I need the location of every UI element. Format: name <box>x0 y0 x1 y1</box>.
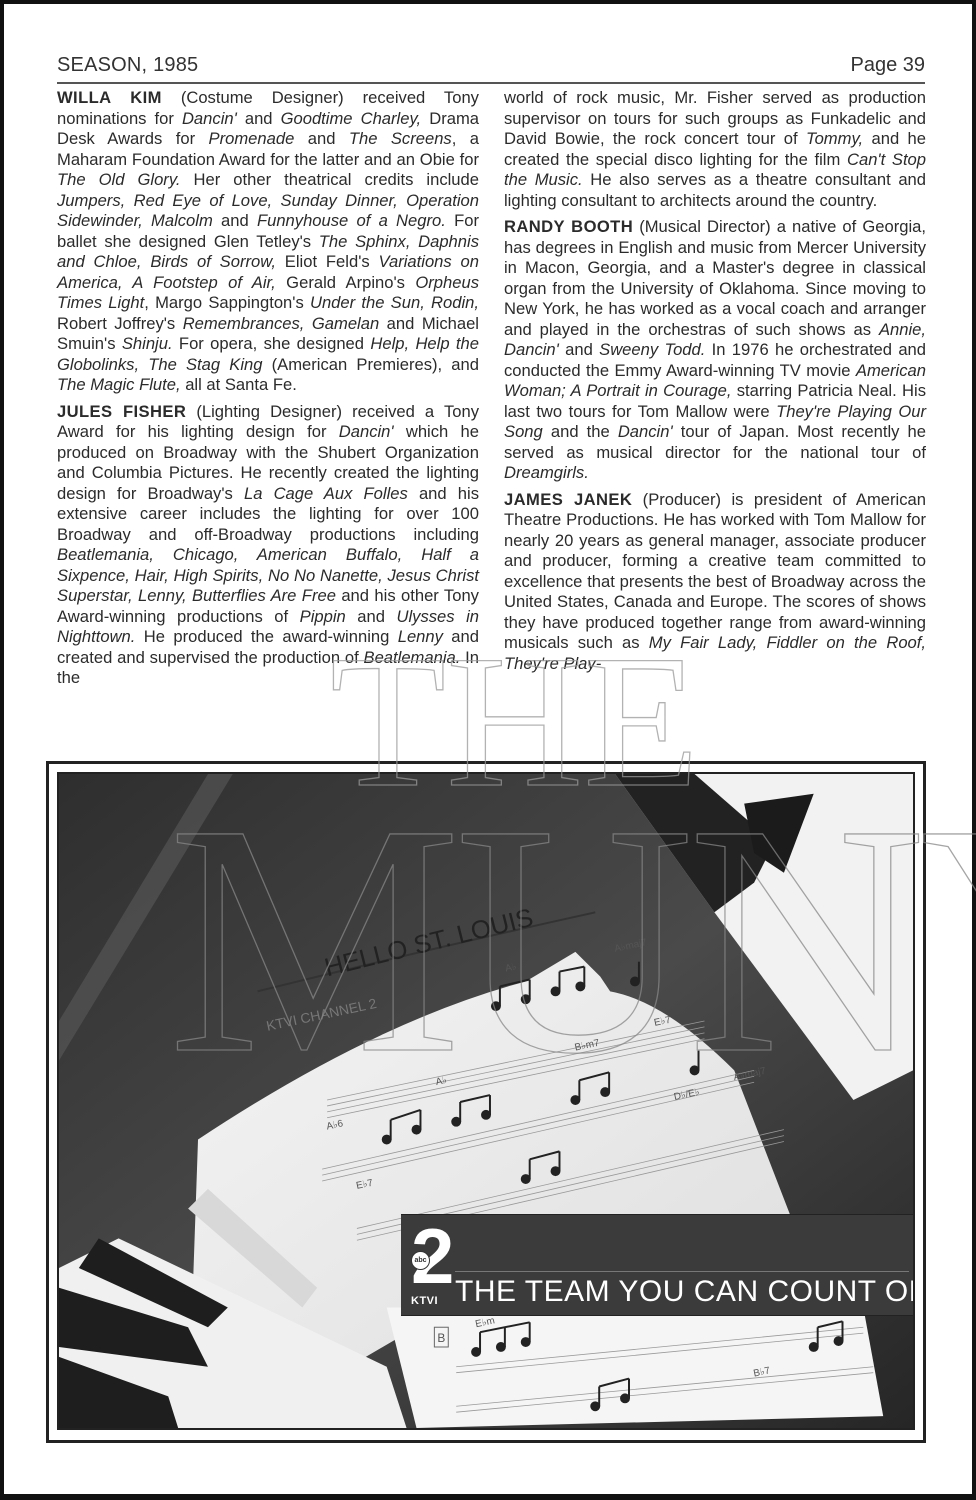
title-italic: Pippin <box>300 607 346 626</box>
bio-text: Her other theatrical credits include <box>181 170 480 189</box>
title-italic: Tommy, <box>806 129 863 148</box>
bio-name: JULES FISHER <box>57 402 186 421</box>
title-italic: Goodtime Charley, <box>281 109 422 128</box>
title-italic: Dancin' <box>182 109 237 128</box>
bio-paragraph: WILLA KIM (Costume Designer) received To… <box>57 88 479 396</box>
bio-name: RANDY BOOTH <box>504 217 633 236</box>
bio-text: For opera, she designed <box>173 334 371 353</box>
bio-text: and the <box>543 422 618 441</box>
ktvi-banner: 2 abc KTVI THE TEAM YOU CAN COUNT ON <box>401 1214 915 1316</box>
title-italic: Dancin' <box>339 422 394 441</box>
bio-text: all at Santa Fe. <box>181 375 297 394</box>
ad-photo-frame: HELLO ST. LOUIS KTVI CHANNEL 2 A♭maj7 A♭… <box>57 772 915 1430</box>
title-italic: The Screens <box>349 129 452 148</box>
title-italic: Dreamgirls. <box>504 463 589 482</box>
bio-text: Eliot Feld's <box>276 252 379 271</box>
bio-text: (American Premieres), and <box>262 355 479 374</box>
text-column-right: world of rock music, Mr. Fisher served a… <box>504 88 926 680</box>
bio-paragraph: JAMES JANEK (Producer) is president of A… <box>504 490 926 675</box>
bio-text: Robert Joffrey's <box>57 314 183 333</box>
bio-text: and <box>237 109 281 128</box>
season-label: SEASON, 1985 <box>57 54 198 77</box>
page-header: SEASON, 1985 Page 39 <box>57 54 925 82</box>
title-italic: Remembrances, Gamelan <box>183 314 380 333</box>
svg-text:A♭: A♭ <box>504 961 517 974</box>
title-italic: The Magic Flute, <box>57 375 181 394</box>
bio-name: WILLA KIM <box>57 88 162 107</box>
bio-paragraph: JULES FISHER (Lighting Designer) receive… <box>57 402 479 689</box>
title-italic: Lenny <box>398 627 443 646</box>
ktvi-callsign: KTVI <box>411 1295 438 1307</box>
ktvi-advertisement: HELLO ST. LOUIS KTVI CHANNEL 2 A♭maj7 A♭… <box>46 761 926 1443</box>
abc-logo-icon: abc <box>411 1251 430 1270</box>
title-italic: La Cage Aux Folles <box>244 484 408 503</box>
title-italic: The Old Glory. <box>57 170 181 189</box>
bio-text: Gerald Arpino's <box>276 273 416 292</box>
title-italic: Under the Sun, Rodin, <box>310 293 479 312</box>
bio-paragraph: RANDY BOOTH (Musical Director) a native … <box>504 217 926 484</box>
svg-text:A♭: A♭ <box>435 1075 448 1088</box>
bio-text: He produced the award-winning <box>135 627 397 646</box>
title-italic: Dancin' <box>618 422 673 441</box>
piano-sheet-music-photo: HELLO ST. LOUIS KTVI CHANNEL 2 A♭maj7 A♭… <box>59 774 913 1428</box>
title-italic: Shinju. <box>122 334 173 353</box>
title-italic: Sweeny Todd. <box>599 340 705 359</box>
bio-paragraph: world of rock music, Mr. Fisher served a… <box>504 88 926 211</box>
bio-text: , Margo Sappington's <box>144 293 310 312</box>
bio-name: JAMES JANEK <box>504 490 632 509</box>
svg-text:B: B <box>437 1331 445 1345</box>
title-italic: Beatlemania. <box>364 648 461 667</box>
bio-text: and <box>213 211 257 230</box>
title-italic: Funnyhouse of a Negro. <box>257 211 446 230</box>
bio-text: and <box>559 340 599 359</box>
bio-text: and <box>294 129 349 148</box>
bio-text: (Producer) is president of American Thea… <box>504 490 926 653</box>
ad-slogan: THE TEAM YOU CAN COUNT ON <box>455 1275 915 1309</box>
page-number: Page 39 <box>850 54 925 77</box>
header-rule <box>57 82 925 84</box>
text-column-left: WILLA KIM (Costume Designer) received To… <box>57 88 479 695</box>
banner-rule <box>455 1271 909 1272</box>
bio-text: and <box>346 607 397 626</box>
title-italic: Promenade <box>209 129 295 148</box>
